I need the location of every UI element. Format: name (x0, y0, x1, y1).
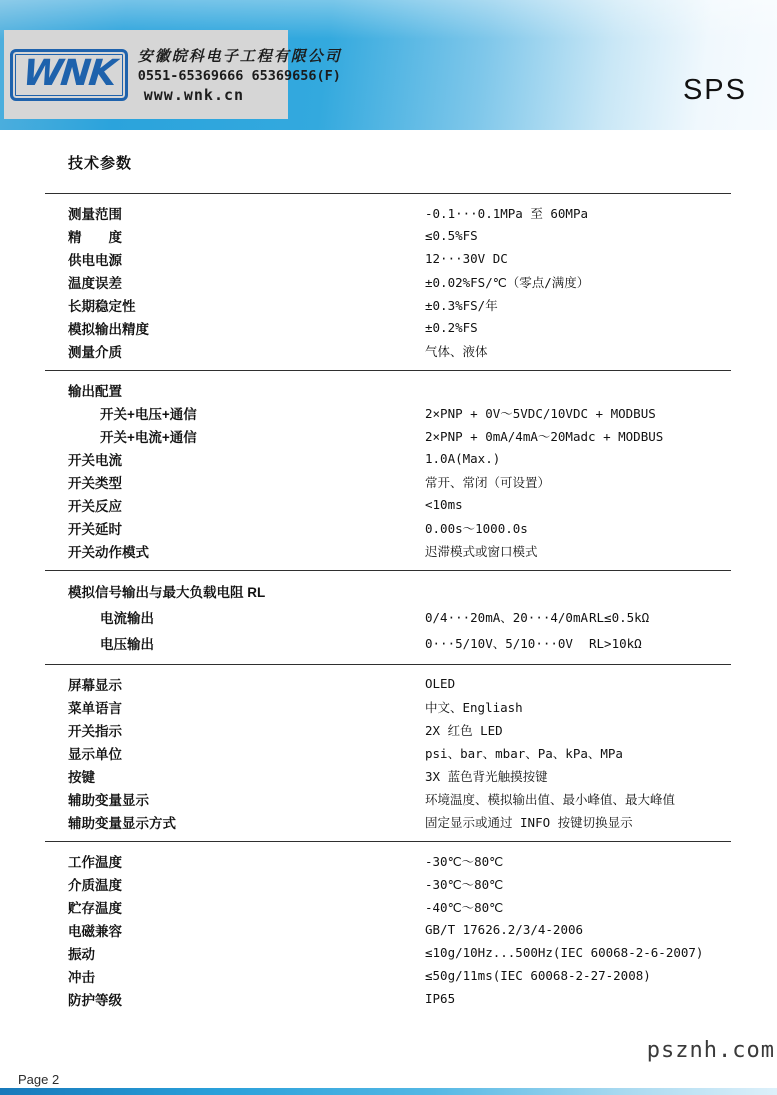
table-row: 开关电流1.0A(Max.) (45, 447, 731, 470)
spec-section: 输出配置开关+电压+通信2×PNP + 0V～5VDC/10VDC + MODB… (45, 371, 731, 570)
product-code: SPS (683, 74, 747, 107)
spec-value: 0···5/10V、5/10···0V (425, 634, 589, 652)
spec-value: 2X 红色 LED (425, 721, 731, 739)
spec-value: -0.1···0.1MPa 至 60MPa (425, 204, 731, 222)
spec-value: 常开、常闭（可设置） (425, 473, 731, 491)
spec-section: 测量范围-0.1···0.1MPa 至 60MPa精 度≤0.5%FS供电电源1… (45, 194, 731, 370)
spec-label: 供电电源 (68, 249, 425, 269)
spec-label: 显示单位 (68, 743, 425, 763)
spec-label: 开关电流 (68, 449, 425, 469)
spec-value2: RL>10kΩ (589, 636, 731, 651)
spec-value: ≤10g/10Hz...500Hz(IEC 60068-2-6-2007) (425, 945, 731, 960)
table-row: 开关动作模式迟滞模式或窗口模式 (45, 539, 731, 562)
spec-value: -30℃～80℃ (425, 875, 731, 893)
table-row: 测量范围-0.1···0.1MPa 至 60MPa (45, 201, 731, 224)
table-row: 显示单位psi、bar、mbar、Pa、kPa、MPa (45, 741, 731, 764)
spec-label: 长期稳定性 (68, 295, 425, 315)
spec-value2: RL≤0.5kΩ (589, 610, 731, 625)
spec-section: 模拟信号输出与最大负载电阻 RL电流输出0/4···20mA、20···4/0m… (45, 571, 731, 664)
spec-value: -30℃～80℃ (425, 852, 731, 870)
table-row: 辅助变量显示环境温度、模拟输出值、最小峰值、最大峰值 (45, 787, 731, 810)
spec-value: 3X 蓝色背光触摸按键 (425, 767, 731, 785)
spec-label: 振动 (68, 943, 425, 963)
spec-value: ±0.02%FS/℃（零点/满度） (425, 273, 731, 291)
spec-label: 工作温度 (68, 851, 425, 871)
spec-label: 辅助变量显示 (68, 789, 425, 809)
header-banner: WNK 安徽皖科电子工程有限公司 0551-65369666 65369656(… (0, 0, 777, 130)
wnk-logo-text: WNK (21, 56, 117, 92)
table-row: 开关反应<10ms (45, 493, 731, 516)
spec-value: ±0.3%FS/年 (425, 296, 731, 314)
company-name: 安徽皖科电子工程有限公司 (138, 45, 342, 66)
spec-label: 电流输出 (68, 607, 425, 627)
spec-label: 电压输出 (68, 633, 425, 653)
spec-value: 气体、液体 (425, 342, 731, 360)
spec-label: 温度误差 (68, 272, 425, 292)
table-row: 长期稳定性±0.3%FS/年 (45, 293, 731, 316)
spec-label: 精 度 (68, 226, 425, 246)
company-info: 安徽皖科电子工程有限公司 0551-65369666 65369656(F) w… (138, 45, 342, 104)
spec-value: psi、bar、mbar、Pa、kPa、MPa (425, 744, 731, 762)
bottom-accent-bar (0, 1088, 777, 1095)
table-row: 介质温度-30℃～80℃ (45, 872, 731, 895)
spec-label: 开关延时 (68, 518, 425, 538)
table-row: 振动≤10g/10Hz...500Hz(IEC 60068-2-6-2007) (45, 941, 731, 964)
spec-label: 开关+电流+通信 (68, 426, 425, 446)
spec-value: GB/T 17626.2/3/4-2006 (425, 922, 731, 937)
spec-label: 开关类型 (68, 472, 425, 492)
page-title: 技术参数 (45, 152, 731, 173)
spec-value: 1.0A(Max.) (425, 451, 731, 466)
spec-label: 模拟输出精度 (68, 318, 425, 338)
spec-label: 开关反应 (68, 495, 425, 515)
spec-value: IP65 (425, 991, 731, 1006)
page-number: Page 2 (18, 1072, 59, 1087)
spec-value: -40℃～80℃ (425, 898, 731, 916)
spec-label: 贮存温度 (68, 897, 425, 917)
spec-label: 菜单语言 (68, 697, 425, 717)
spec-value: OLED (425, 676, 731, 691)
table-row: 测量介质气体、液体 (45, 339, 731, 362)
spec-label: 冲击 (68, 966, 425, 986)
table-row: 冲击≤50g/11ms(IEC 60068-2-27-2008) (45, 964, 731, 987)
table-row: 开关指示2X 红色 LED (45, 718, 731, 741)
spec-value: 0.00s～1000.0s (425, 519, 731, 537)
spec-label: 辅助变量显示方式 (68, 812, 425, 832)
company-logo-block: WNK 安徽皖科电子工程有限公司 0551-65369666 65369656(… (4, 30, 288, 119)
table-row: 模拟信号输出与最大负载电阻 RL (45, 578, 731, 604)
wnk-logo-icon: WNK (10, 49, 128, 101)
spec-label: 开关动作模式 (68, 541, 425, 561)
company-website: www.wnk.cn (138, 86, 342, 104)
watermark-text: psznh.com (647, 1038, 775, 1063)
spec-label: 电磁兼容 (68, 920, 425, 940)
table-row: 精 度≤0.5%FS (45, 224, 731, 247)
spec-label: 输出配置 (68, 380, 425, 400)
spec-value: 0/4···20mA、20···4/0mA (425, 608, 589, 626)
table-row: 贮存温度-40℃～80℃ (45, 895, 731, 918)
spec-value: 迟滞模式或窗口模式 (425, 542, 731, 560)
spec-label: 开关指示 (68, 720, 425, 740)
spec-table: 技术参数 测量范围-0.1···0.1MPa 至 60MPa精 度≤0.5%FS… (45, 152, 731, 1018)
table-row: 按键3X 蓝色背光触摸按键 (45, 764, 731, 787)
table-row: 屏幕显示OLED (45, 672, 731, 695)
spec-label: 介质温度 (68, 874, 425, 894)
table-row: 工作温度-30℃～80℃ (45, 849, 731, 872)
table-row: 开关+电流+通信2×PNP + 0mA/4mA～20Madc + MODBUS (45, 424, 731, 447)
spec-label: 防护等级 (68, 989, 425, 1009)
table-row: 输出配置 (45, 378, 731, 401)
table-row: 电磁兼容GB/T 17626.2/3/4-2006 (45, 918, 731, 941)
spec-value: ≤0.5%FS (425, 228, 731, 243)
table-row: 电压输出0···5/10V、5/10···0VRL>10kΩ (45, 630, 731, 656)
table-row: 开关延时0.00s～1000.0s (45, 516, 731, 539)
spec-section: 工作温度-30℃～80℃介质温度-30℃～80℃贮存温度-40℃～80℃电磁兼容… (45, 842, 731, 1018)
table-row: 供电电源12···30V DC (45, 247, 731, 270)
spec-value: 固定显示或通过 INFO 按键切换显示 (425, 813, 731, 831)
table-row: 防护等级IP65 (45, 987, 731, 1010)
spec-label: 开关+电压+通信 (68, 403, 425, 423)
spec-value: 12···30V DC (425, 251, 731, 266)
spec-sections: 测量范围-0.1···0.1MPa 至 60MPa精 度≤0.5%FS供电电源1… (45, 193, 731, 1018)
table-row: 开关+电压+通信2×PNP + 0V～5VDC/10VDC + MODBUS (45, 401, 731, 424)
table-row: 模拟输出精度±0.2%FS (45, 316, 731, 339)
spec-label: 测量范围 (68, 203, 425, 223)
table-row: 辅助变量显示方式固定显示或通过 INFO 按键切换显示 (45, 810, 731, 833)
company-phone: 0551-65369666 65369656(F) (138, 68, 342, 84)
spec-label: 测量介质 (68, 341, 425, 361)
spec-label: 按键 (68, 766, 425, 786)
spec-value: 中文、Engliash (425, 698, 731, 716)
spec-value: 2×PNP + 0V～5VDC/10VDC + MODBUS (425, 404, 731, 422)
spec-value: 2×PNP + 0mA/4mA～20Madc + MODBUS (425, 427, 731, 445)
spec-section: 屏幕显示OLED菜单语言中文、Engliash开关指示2X 红色 LED显示单位… (45, 665, 731, 841)
spec-value: ±0.2%FS (425, 320, 731, 335)
table-row: 电流输出0/4···20mA、20···4/0mARL≤0.5kΩ (45, 604, 731, 630)
spec-value: <10ms (425, 497, 731, 512)
table-row: 温度误差±0.02%FS/℃（零点/满度） (45, 270, 731, 293)
table-row: 开关类型常开、常闭（可设置） (45, 470, 731, 493)
spec-value: ≤50g/11ms(IEC 60068-2-27-2008) (425, 968, 731, 983)
spec-value: 环境温度、模拟输出值、最小峰值、最大峰值 (425, 790, 731, 808)
table-row: 菜单语言中文、Engliash (45, 695, 731, 718)
spec-label: 模拟信号输出与最大负载电阻 RL (68, 581, 425, 601)
spec-label: 屏幕显示 (68, 674, 425, 694)
